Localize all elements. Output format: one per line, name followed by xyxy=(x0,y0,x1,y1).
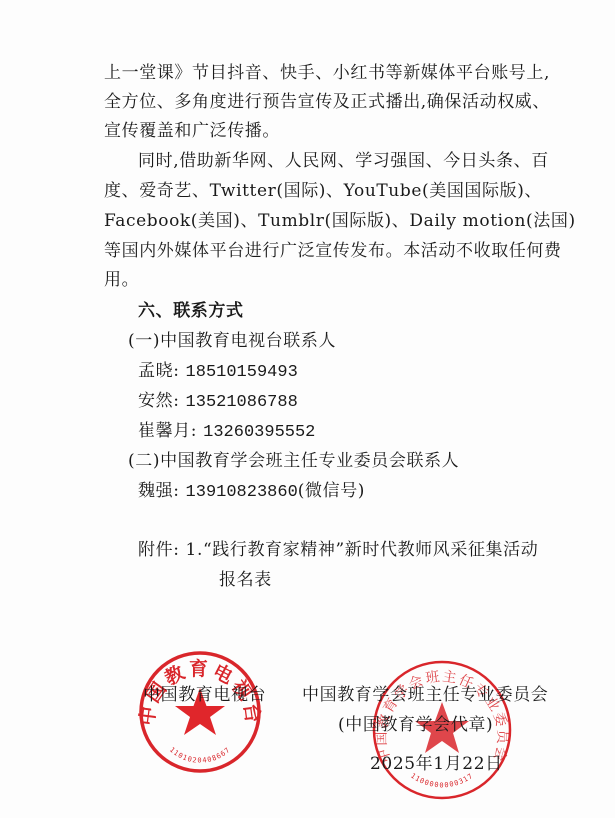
paragraph-2-line-1: 同时,借助新华网、人民网、学习强国、今日头条、百 xyxy=(138,150,549,172)
contact-phone: 18510159493 xyxy=(186,363,298,382)
official-seal-left-icon: 中国教育电视台 1101020408667 xyxy=(136,648,264,776)
document-page: 上一堂课》节目抖音、快手、小红书等新媒体平台账号上, 全方位、多角度进行预告宣传… xyxy=(0,0,615,818)
attachment-line-1: 附件: 1.“践行教育家精神”新时代教师风采征集活动 xyxy=(138,539,538,561)
contact-name: 崔馨月: xyxy=(138,421,197,441)
attachment-line-2: 报名表 xyxy=(219,569,272,591)
paragraph-2-line-4: 等国内外媒体平台进行广泛宣传发布。本活动不收取任何费 xyxy=(104,240,562,262)
contact-name: 安然: xyxy=(138,391,180,411)
contact-row: 魏强: 13910823860(微信号) xyxy=(138,480,365,504)
contact-row: 孟晓: 18510159493 xyxy=(138,360,298,384)
signature-right-org: 中国教育学会班主任专业委员会 xyxy=(302,684,548,706)
attachment-item-1: 1.“践行教育家精神”新时代教师风采征集活动 xyxy=(186,540,539,560)
paragraph-2-line-3: Facebook(美国)、Tumblr(国际版)、Daily motion(法国… xyxy=(104,210,576,232)
contact-phone: 13910823860 xyxy=(186,483,298,502)
attachment-label: 附件: xyxy=(138,540,180,560)
signature-right-org-sub: (中国教育学会代章) xyxy=(338,714,493,736)
paragraph-2-line-2: 度、爱奇艺、Twitter(国际)、YouTube(美国国际版)、 xyxy=(104,180,542,202)
contact-row: 安然: 13521086788 xyxy=(138,390,298,414)
svg-text:1101020408667: 1101020408667 xyxy=(168,746,232,765)
contact-group-1-title: (一)中国教育电视台联系人 xyxy=(128,330,336,352)
contact-row: 崔馨月: 13260395552 xyxy=(138,420,315,444)
contact-name: 孟晓: xyxy=(138,361,180,381)
contact-phone: 13260395552 xyxy=(203,423,315,442)
contact-group-2-title: (二)中国教育学会班主任专业委员会联系人 xyxy=(128,450,459,472)
contact-note: (微信号) xyxy=(298,481,365,501)
signature-date: 2025年1月22日 xyxy=(370,753,503,775)
contact-phone: 13521086788 xyxy=(186,393,298,412)
section-heading-contact: 六、联系方式 xyxy=(138,300,244,322)
paragraph-1-line-1: 上一堂课》节目抖音、快手、小红书等新媒体平台账号上, xyxy=(104,62,550,84)
paragraph-1-line-3: 宣传覆盖和广泛传播。 xyxy=(104,120,280,142)
paragraph-2-line-5: 用。 xyxy=(104,269,139,291)
paragraph-1-line-2: 全方位、多角度进行预告宣传及正式播出,确保活动权威、 xyxy=(104,91,550,113)
signature-left-org: 中国教育电视台 xyxy=(143,684,266,706)
contact-name: 魏强: xyxy=(138,481,180,501)
